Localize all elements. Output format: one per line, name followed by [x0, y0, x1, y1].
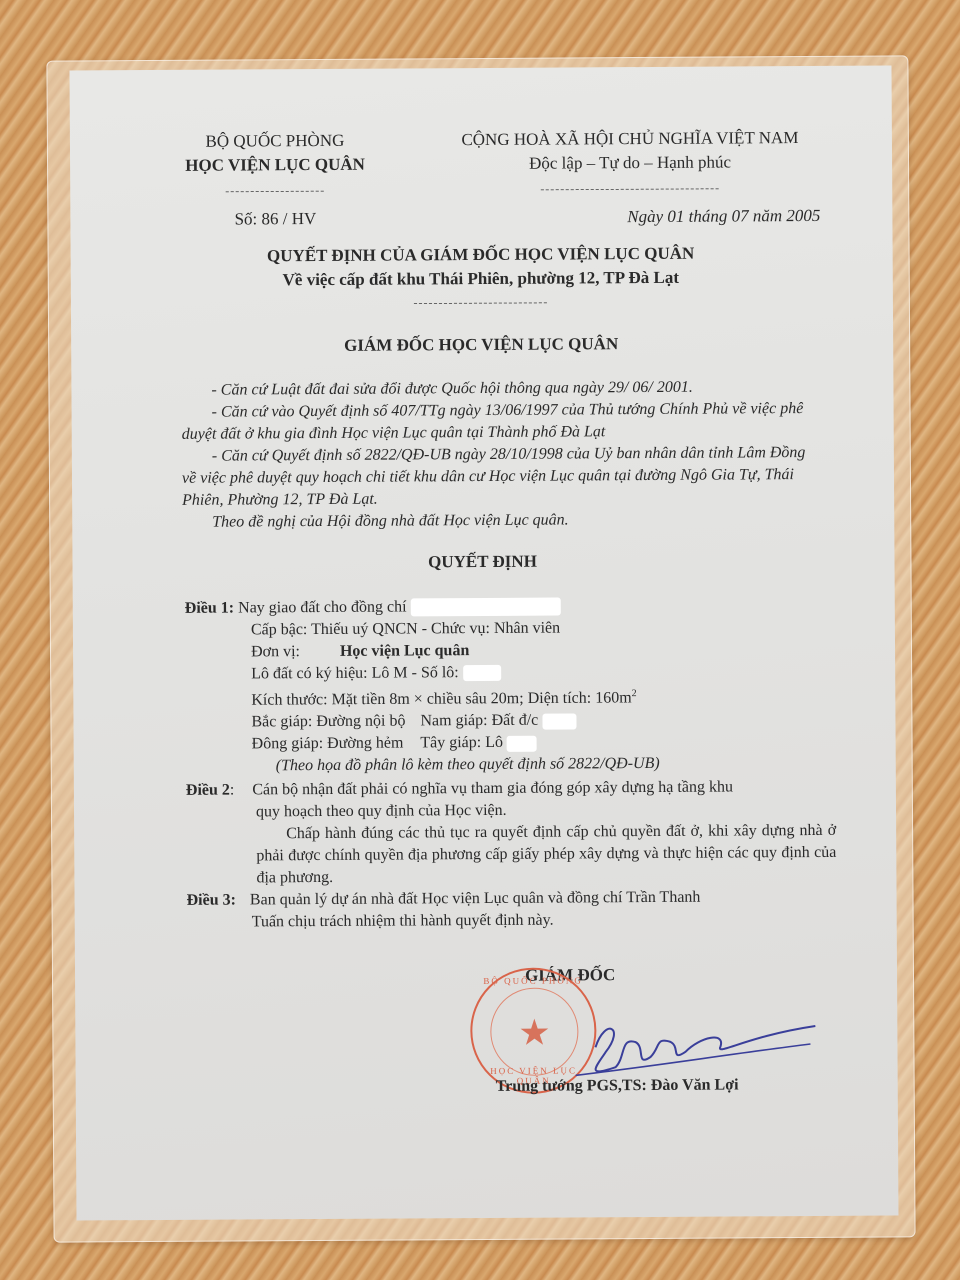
size-line: Kích thước: Mặt tiền 8m × chiều sâu 20m;… — [251, 689, 631, 708]
decision-heading: QUYẾT ĐỊNH — [132, 550, 832, 574]
preamble-item: Theo đề nghị của Hội đồng nhà đất Học vi… — [182, 508, 822, 534]
document-page: BỘ QUỐC PHÒNG HỌC VIỆN LỤC QUÂN --------… — [69, 66, 898, 1221]
article-3: Điều 3: Ban quản lý dự án nhà đất Học vi… — [187, 886, 837, 934]
plan-note: (Theo họa đồ phân lô kèm theo quyết định… — [186, 752, 836, 778]
national-motto: Độc lập – Tự do – Hạnh phúc — [430, 150, 830, 176]
article-2-para: Chấp hành đúng các thủ tục ra quyết định… — [186, 820, 836, 890]
document-number: Số: 86 / HV — [175, 207, 375, 232]
lot-line: Lô đất có ký hiệu: Lô M - Số lô: — [251, 664, 459, 682]
unit-value: Học viện Lục quân — [340, 642, 469, 660]
article-3-label: Điều 3: — [187, 892, 236, 909]
redacted-lot — [463, 665, 501, 681]
article-1: Điều 1: Nay giao đất cho đồng chí Cấp bậ… — [185, 594, 836, 778]
article-3-text-cont: Tuấn chịu trách nhiệm thi hành quyết địn… — [187, 908, 837, 934]
preamble-item: - Căn cứ vào Quyết định số 407/TTg ngày … — [182, 398, 822, 446]
national-header: CỘNG HOÀ XÃ HỘI CHỦ NGHĨA VIỆT NAM Độc l… — [430, 126, 831, 230]
star-emblem-icon: ★ — [491, 1012, 577, 1053]
institution-name: HỌC VIỆN LỤC QUÂN — [175, 153, 375, 178]
authority-heading: GIÁM ĐỐC HỌC VIỆN LỤC QUÂN — [131, 331, 831, 359]
country-name: CỘNG HOÀ XÃ HỘI CHỦ NGHĨA VIỆT NAM — [430, 126, 830, 152]
north-border: Bắc giáp: Đường nội bộ — [251, 711, 416, 734]
title-divider: --------------------------- — [131, 293, 831, 311]
stamp-text-top: BỘ QUỐC PHÒNG — [472, 975, 594, 986]
signer-name: Trung tướng PGS,TS: Đào Văn Lợi — [496, 1076, 739, 1095]
south-border: Nam giáp: Đất đ/c — [420, 712, 538, 730]
article-3-text: Ban quản lý dự án nhà đất Học viện Lục q… — [250, 889, 701, 909]
article-2-text: Cán bộ nhận đất phải có nghĩa vụ tham gi… — [252, 778, 733, 798]
issuer-block: BỘ QUỐC PHÒNG HỌC VIỆN LỤC QUÂN --------… — [175, 129, 376, 232]
article-1-intro: Nay giao đất cho đồng chí — [238, 598, 407, 616]
document-subject: Về việc cấp đất khu Thái Phiên, phường 1… — [131, 265, 831, 293]
document-date: Ngày 01 tháng 07 năm 2005 — [430, 204, 830, 230]
redacted-west — [507, 735, 537, 751]
article-2-label: Điều 2 — [186, 782, 230, 799]
east-border: Đông giáp: Đường hẻm — [252, 733, 417, 756]
national-divider: ------------------------------------ — [430, 180, 830, 196]
area-superscript: 2 — [632, 688, 637, 699]
redacted-south — [542, 713, 576, 729]
west-border: Tây giáp: Lô — [420, 734, 503, 752]
title-block: QUYẾT ĐỊNH CỦA GIÁM ĐỐC HỌC VIỆN LỤC QUÂ… — [131, 241, 832, 359]
emblem-ring: ★ — [490, 987, 579, 1076]
article-2-colon: : — [230, 782, 235, 799]
handwritten-signature — [575, 1006, 825, 1088]
ministry-name: BỘ QUỐC PHÒNG — [175, 129, 375, 154]
article-2: Điều 2: Cán bộ nhận đất phải có nghĩa vụ… — [186, 776, 837, 890]
unit-label: Đơn vị: — [251, 643, 300, 660]
redacted-name — [410, 598, 560, 617]
issuer-divider: -------------------- — [175, 183, 375, 198]
preamble-item: - Căn cứ Quyết định số 2822/QĐ-UB ngày 2… — [182, 442, 822, 512]
article-1-label: Điều 1: — [185, 600, 234, 617]
preamble: - Căn cứ Luật đất đai sửa đổi được Quốc … — [181, 376, 822, 534]
